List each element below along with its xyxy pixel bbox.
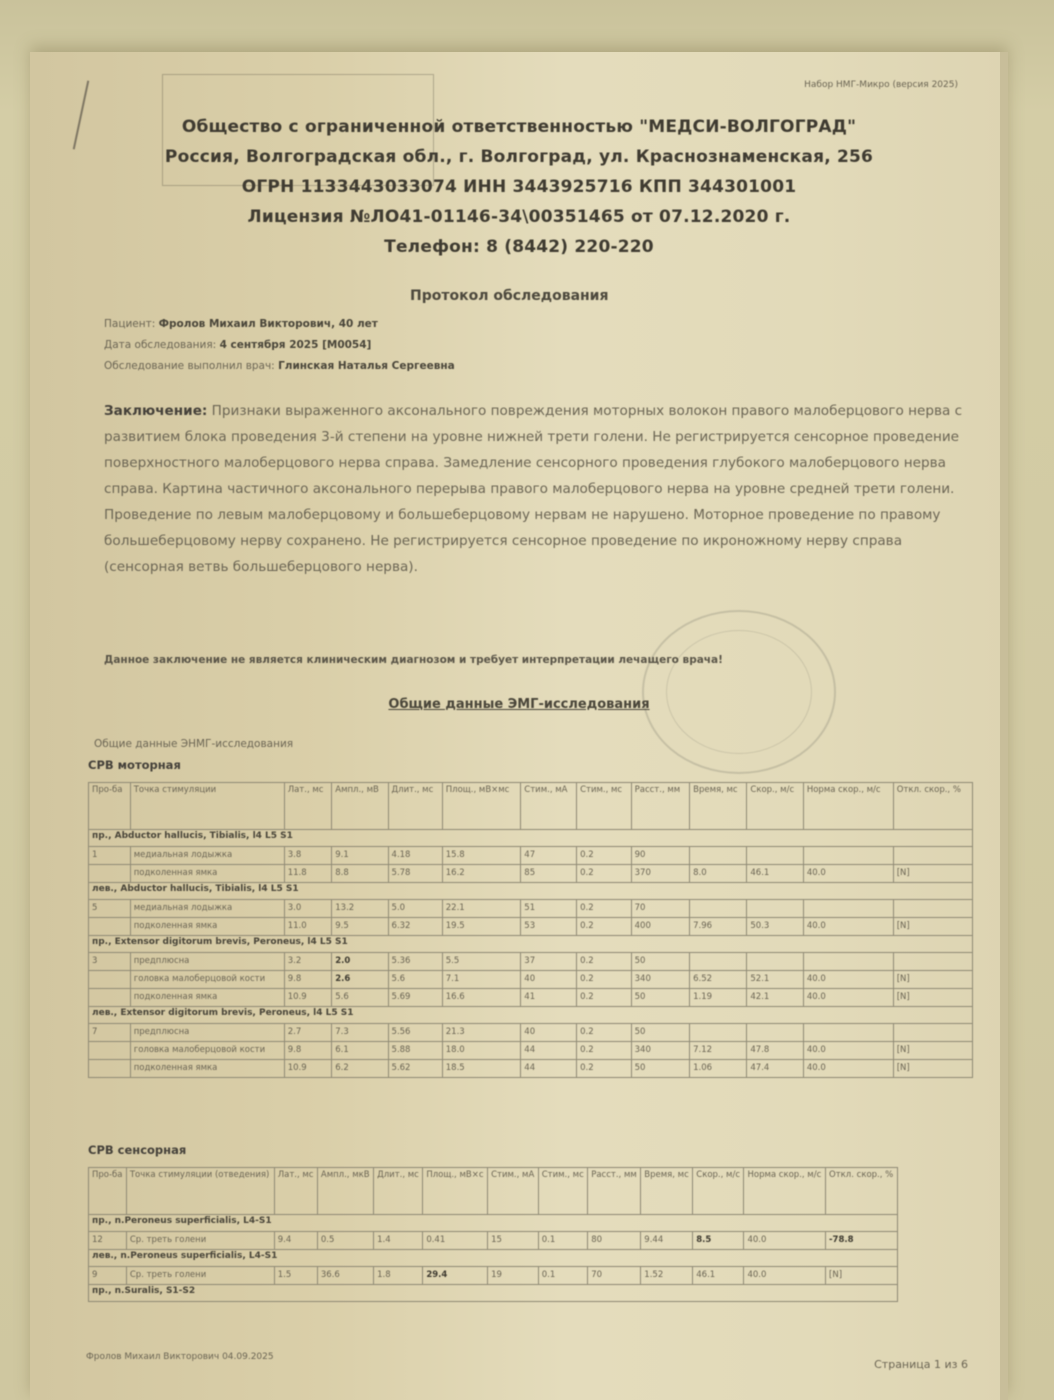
table-cell: 7.12 [690,1042,747,1060]
table-cell: 18.5 [442,1060,521,1078]
table-cell: 6.52 [690,971,747,989]
table-cell: 1.52 [641,1267,693,1285]
table-cell: 40.0 [803,918,893,936]
column-header: Скор., м/с [747,783,803,830]
conclusion-paragraph-1: Заключение: Признаки выраженного аксонал… [104,398,974,502]
column-header: Длит., мс [388,783,442,830]
table-cell: 340 [631,971,689,989]
table-cell: 5.36 [388,953,442,971]
table-cell: 8.5 [693,1232,744,1250]
table-cell: 0.2 [577,971,632,989]
table-row: 3предплюсна3.22.05.365.5370.250 [89,953,973,971]
column-header: Лат., мс [274,1168,317,1215]
table-cell: [N] [893,989,972,1007]
top-note: Набор НМГ-Микро (версия 2025) [804,80,958,90]
table-cell: 50.3 [747,918,803,936]
table-cell: [N] [893,918,972,936]
org-address: Россия, Волгоградская обл., г. Волгоград… [30,142,1008,172]
table-cell: 400 [631,918,689,936]
table-cell: 44 [521,1042,577,1060]
table-cell: 0.2 [577,918,632,936]
table-cell [803,953,893,971]
table-cell: 40.0 [803,865,893,883]
table-cell: 0.1 [538,1232,587,1250]
table-cell: 9.8 [284,971,332,989]
muscle-group-row: лев., n.Peroneus superficialis, L4-S1 [89,1250,898,1267]
column-header: Лат., мс [284,783,332,830]
table-row: подколенная ямка10.95.65.6916.6410.2501.… [89,989,973,1007]
doctor-line: Обследование выполнил врач: Глинская Нат… [104,356,455,377]
table-cell: головка малоберцовой кости [130,1042,284,1060]
column-header: Площ., мВ×мс [442,783,521,830]
footer-patient: Фролов Михаил Викторович 04.09.2025 [86,1352,274,1362]
table-row: подколенная ямка11.88.85.7816.2850.23708… [89,865,973,883]
table-row: 9Ср. треть голени1.536.61.829.4190.1701.… [89,1267,898,1285]
table-row: подколенная ямка10.96.25.6218.5440.2501.… [89,1060,973,1078]
doctor-name: Глинская Наталья Сергеевна [278,360,455,372]
table-cell: 0.2 [577,989,632,1007]
table-cell: 10.9 [284,1060,332,1078]
table-cell: 9.5 [332,918,388,936]
table-cell: 85 [521,865,577,883]
table-cell [89,918,131,936]
column-header: Скор., м/с [693,1168,744,1215]
table-cell: 3.0 [284,900,332,918]
table-cell: 7.1 [442,971,521,989]
document-page: Набор НМГ-Микро (версия 2025) Общество с… [30,52,1008,1400]
muscle-group-row: лев., Abductor hallucis, Tibialis, l4 L5… [89,883,973,900]
table-row: 1медиальная лодыжка3.89.14.1815.8470.290 [89,847,973,865]
column-header: Ампл., мВ [332,783,388,830]
table-cell: 370 [631,865,689,883]
table-cell: 51 [521,900,577,918]
page-number: Страница 1 из 6 [874,1358,968,1371]
motor-conduction-table: Про-баТочка стимуляцииЛат., мсАмпл., мВД… [88,782,973,1078]
table-cell: 37 [521,953,577,971]
table-cell: 50 [631,1060,689,1078]
table-cell: 0.2 [577,1042,632,1060]
column-header: Площ., мВ×с [423,1168,488,1215]
table-row: 7предплюсна2.77.35.5621.3400.250 [89,1024,973,1042]
column-header: Стим., мс [577,783,632,830]
table-cell: 0.2 [577,847,632,865]
paper-edge [1000,52,1008,1400]
table-cell: [N] [893,865,972,883]
column-header: Откл. скор., % [826,1168,898,1215]
table-header-row: Про-баТочка стимуляцииЛат., мсАмпл., мВД… [89,783,973,830]
table-cell: 6.1 [332,1042,388,1060]
table-row: 12Ср. треть голени9.40.51.40.41150.1809.… [89,1232,898,1250]
sensory-conduction-table: Про-баТочка стимуляции (отведения)Лат., … [88,1167,898,1302]
conclusion-paragraph-2: Проведение по левым малоберцовому и боль… [104,502,974,580]
column-header: Стим., мс [538,1168,587,1215]
table-cell: 1.4 [374,1232,423,1250]
table-cell [89,1042,131,1060]
table-cell: 19.5 [442,918,521,936]
table-cell: 0.41 [423,1232,488,1250]
table-cell: 9.8 [284,1042,332,1060]
table-cell: [N] [826,1267,898,1285]
table-cell: 9.1 [332,847,388,865]
muscle-group-row: пр., n.Peroneus superficialis, L4-S1 [89,1215,898,1232]
muscle-group-title: лев., n.Peroneus superficialis, L4-S1 [89,1250,898,1267]
round-stamp [642,610,836,774]
table-cell: 0.2 [577,865,632,883]
table-cell: 29.4 [423,1267,488,1285]
table-cell [89,989,131,1007]
table-cell: 1.5 [274,1267,317,1285]
table-cell: 18.0 [442,1042,521,1060]
column-header: Про-ба [89,1168,127,1215]
table-cell [747,900,803,918]
table-cell: 2.7 [284,1024,332,1042]
table-cell [747,1024,803,1042]
patient-meta: Пациент: Фролов Михаил Викторович, 40 ле… [104,314,455,377]
table-cell: 5 [89,900,131,918]
table-cell: 8.0 [690,865,747,883]
column-header: Точка стимуляции (отведения) [126,1168,274,1215]
muscle-group-title: пр., Abductor hallucis, Tibialis, l4 L5 … [89,830,973,847]
table-cell: 70 [588,1267,641,1285]
table-cell [690,900,747,918]
org-license: Лицензия №ЛО41-01146-34\00351465 от 07.1… [30,202,1008,232]
date-line: Дата обследования: 4 сентября 2025 [М005… [104,335,455,356]
table-cell: 9.4 [274,1232,317,1250]
table-cell: подколенная ямка [130,1060,284,1078]
table-cell [893,953,972,971]
muscle-group-row: лев., Extensor digitorum brevis, Peroneu… [89,1007,973,1024]
patient-name: Фролов Михаил Викторович, 40 лет [159,318,378,330]
table-cell: 40 [521,1024,577,1042]
table-cell: 15.8 [442,847,521,865]
table-cell: 5.62 [388,1060,442,1078]
table-cell: 44 [521,1060,577,1078]
column-header: Норма скор., м/с [744,1168,826,1215]
table-cell: 50 [631,1024,689,1042]
table-cell: 2.0 [332,953,388,971]
column-header: Время, мс [641,1168,693,1215]
org-registration: ОГРН 1133443033074 ИНН 3443925716 КПП 34… [30,172,1008,202]
table-row: головка малоберцовой кости9.82.65.67.140… [89,971,973,989]
section-title: Общие данные ЭМГ-исследования [30,697,1008,712]
table-cell: 1 [89,847,131,865]
table-cell: Ср. треть голени [126,1267,274,1285]
column-header: Точка стимуляции [130,783,284,830]
table-header-row: Про-баТочка стимуляции (отведения)Лат., … [89,1168,898,1215]
table-cell: 1.06 [690,1060,747,1078]
muscle-group-title: лев., Extensor digitorum brevis, Peroneu… [89,1007,973,1024]
table-cell [747,847,803,865]
table-cell: 40.0 [803,1042,893,1060]
protocol-title: Протокол обследования [410,288,608,304]
table-cell: 19 [488,1267,539,1285]
muscle-group-title: лев., Abductor hallucis, Tibialis, l4 L5… [89,883,973,900]
table-cell: 10.9 [284,989,332,1007]
column-header: Расст., мм [631,783,689,830]
muscle-group-title: пр., n.Peroneus superficialis, L4-S1 [89,1215,898,1232]
table-cell: головка малоберцовой кости [130,971,284,989]
table-cell: 7.96 [690,918,747,936]
table-cell: 16.6 [442,989,521,1007]
table-cell: 2.6 [332,971,388,989]
table-cell: [N] [893,971,972,989]
table-cell: предплюсна [130,953,284,971]
table-cell: 0.2 [577,953,632,971]
table-cell: медиальная лодыжка [130,900,284,918]
muscle-group-title: пр., n.Suralis, S1-S2 [89,1285,898,1302]
table-cell: подколенная ямка [130,918,284,936]
table-cell: 12 [89,1232,127,1250]
column-header: Расст., мм [588,1168,641,1215]
table-cell: 40 [521,971,577,989]
table-cell: 41 [521,989,577,1007]
table-cell: 21.3 [442,1024,521,1042]
table-cell [747,953,803,971]
org-name: Общество с ограниченной ответственностью… [30,112,1008,142]
table-cell: -78.8 [826,1232,898,1250]
table-cell [89,865,131,883]
table-cell: 11.0 [284,918,332,936]
table-cell: 11.8 [284,865,332,883]
table-cell: 80 [588,1232,641,1250]
table-cell: 5.88 [388,1042,442,1060]
muscle-group-row: пр., Extensor digitorum brevis, Peroneus… [89,936,973,953]
table-cell: 3 [89,953,131,971]
table-cell: 46.1 [747,865,803,883]
table-cell: 9.44 [641,1232,693,1250]
table-cell: 5.5 [442,953,521,971]
table-cell: 7 [89,1024,131,1042]
sub-title: Общие данные ЭНМГ-исследования [94,738,293,750]
table-cell [89,1060,131,1078]
table-cell: подколенная ямка [130,865,284,883]
column-header: Стим., мА [488,1168,539,1215]
table-cell: 8.8 [332,865,388,883]
table-cell: 40.0 [803,971,893,989]
table-cell: 1.19 [690,989,747,1007]
table-row: 5медиальная лодыжка3.013.25.022.1510.270 [89,900,973,918]
table-cell: 40.0 [744,1267,826,1285]
table-cell: 40.0 [803,989,893,1007]
table-cell: Ср. треть голени [126,1232,274,1250]
table-cell: 0.5 [317,1232,373,1250]
table-cell: 5.0 [388,900,442,918]
table-cell: 0.2 [577,900,632,918]
table-cell [803,1024,893,1042]
column-header: Длит., мс [374,1168,423,1215]
table-cell: 5.56 [388,1024,442,1042]
motor-table-label: СРВ моторная [88,758,181,772]
table-cell [690,1024,747,1042]
muscle-group-row: пр., Abductor hallucis, Tibialis, l4 L5 … [89,830,973,847]
disclaimer: Данное заключение не является клинически… [104,654,723,666]
table-cell: 5.6 [332,989,388,1007]
table-cell: 90 [631,847,689,865]
table-cell: 46.1 [693,1267,744,1285]
table-cell: 9 [89,1267,127,1285]
organization-header: Общество с ограниченной ответственностью… [30,112,1008,262]
table-cell: 47 [521,847,577,865]
table-row: головка малоберцовой кости9.86.15.8818.0… [89,1042,973,1060]
table-cell: 1.8 [374,1267,423,1285]
table-cell: медиальная лодыжка [130,847,284,865]
table-cell: 5.6 [388,971,442,989]
column-header: Стим., мА [521,783,577,830]
table-cell: 50 [631,989,689,1007]
table-cell: 13.2 [332,900,388,918]
table-cell: 22.1 [442,900,521,918]
patient-line: Пациент: Фролов Михаил Викторович, 40 ле… [104,314,455,335]
table-cell: 47.4 [747,1060,803,1078]
table-cell: [N] [893,1060,972,1078]
table-cell: 70 [631,900,689,918]
table-cell: 16.2 [442,865,521,883]
table-cell: 50 [631,953,689,971]
table-cell: 47.8 [747,1042,803,1060]
table-cell: [N] [893,1042,972,1060]
table-cell: 3.8 [284,847,332,865]
table-cell: предплюсна [130,1024,284,1042]
table-cell: 340 [631,1042,689,1060]
column-header: Про-ба [89,783,131,830]
table-cell: 40.0 [744,1232,826,1250]
table-cell: 0.2 [577,1024,632,1042]
table-cell: 15 [488,1232,539,1250]
table-cell: 6.2 [332,1060,388,1078]
table-cell: 42.1 [747,989,803,1007]
table-cell [893,900,972,918]
conclusion: Заключение: Признаки выраженного аксонал… [104,398,974,580]
table-cell [89,971,131,989]
table-cell: подколенная ямка [130,989,284,1007]
column-header: Откл. скор., % [893,783,972,830]
table-cell: 0.1 [538,1267,587,1285]
table-cell: 0.2 [577,1060,632,1078]
column-header: Время, мс [690,783,747,830]
table-cell [893,1024,972,1042]
table-cell: 7.3 [332,1024,388,1042]
muscle-group-row: пр., n.Suralis, S1-S2 [89,1285,898,1302]
table-cell: 6.32 [388,918,442,936]
table-cell: 52.1 [747,971,803,989]
column-header: Норма скор., м/с [803,783,893,830]
table-cell [690,847,747,865]
table-cell: 36.6 [317,1267,373,1285]
table-cell [893,847,972,865]
table-cell: 5.69 [388,989,442,1007]
table-cell: 40.0 [803,1060,893,1078]
sensory-table-label: СРВ сенсорная [88,1143,186,1157]
table-cell: 4.18 [388,847,442,865]
table-cell: 53 [521,918,577,936]
table-cell: 5.78 [388,865,442,883]
table-cell [803,900,893,918]
table-cell: 3.2 [284,953,332,971]
org-phone: Телефон: 8 (8442) 220-220 [30,232,1008,262]
muscle-group-title: пр., Extensor digitorum brevis, Peroneus… [89,936,973,953]
table-row: подколенная ямка11.09.56.3219.5530.24007… [89,918,973,936]
table-cell [803,847,893,865]
conclusion-label: Заключение: [104,403,207,419]
table-cell [690,953,747,971]
exam-date: 4 сентября 2025 [М0054] [220,339,372,351]
column-header: Ампл., мкВ [317,1168,373,1215]
